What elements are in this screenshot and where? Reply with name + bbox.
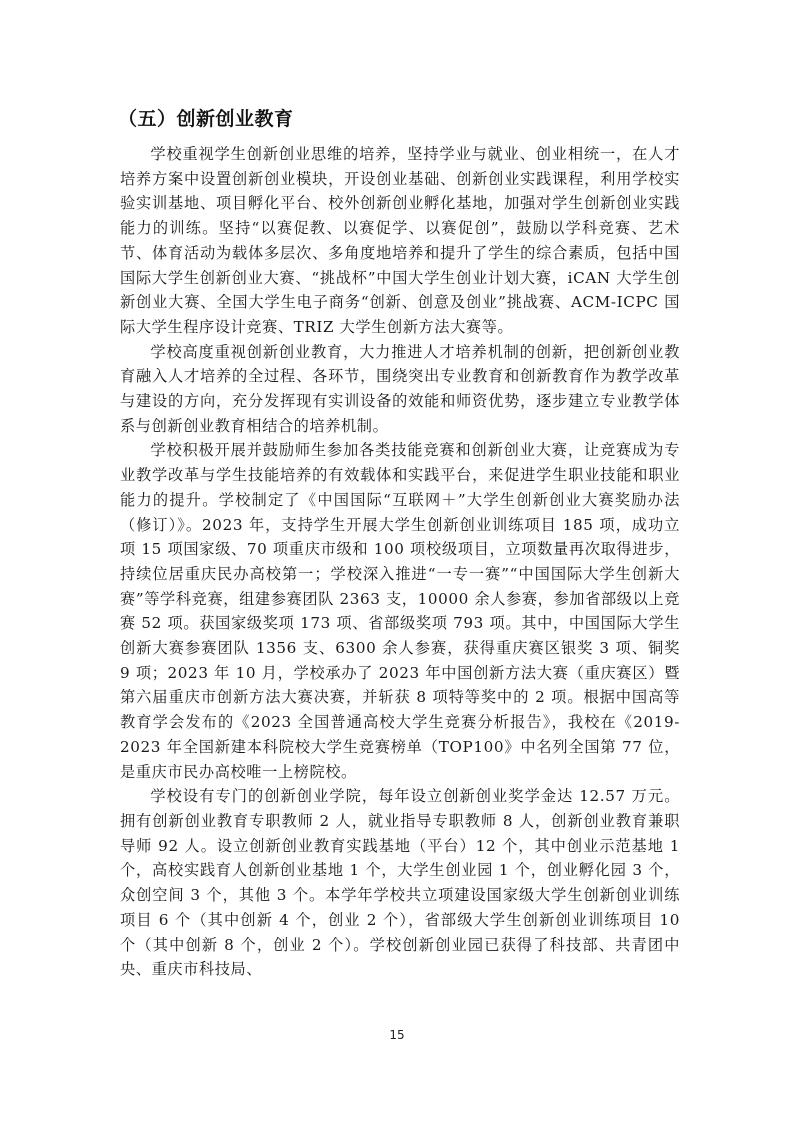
document-page: （五）创新创业教育 学校重视学生创新创业思维的培养，坚持学业与就业、创业相统一，… [0, 0, 794, 1122]
section-heading: （五）创新创业教育 [118, 104, 294, 131]
paragraph-competition-results: 学校积极开展并鼓励师生参加各类技能竞赛和创新创业大赛，让竞赛成为专业教学改革与学… [120, 438, 680, 784]
paragraph-competitions-intro: 学校重视学生创新创业思维的培养，坚持学业与就业、创业相统一，在人才培养方案中设置… [120, 142, 680, 340]
paragraph-innovation-college: 学校设有专门的创新创业学院，每年设立创新创业奖学金达 12.57 万元。拥有创新… [120, 784, 680, 982]
paragraph-education-reform: 学校高度重视创新创业教育，大力推进人才培养机制的创新，把创新创业教育融入人才培养… [120, 340, 680, 439]
page-number: 15 [0, 1028, 794, 1042]
body-text: 学校重视学生创新创业思维的培养，坚持学业与就业、创业相统一，在人才培养方案中设置… [120, 142, 680, 982]
